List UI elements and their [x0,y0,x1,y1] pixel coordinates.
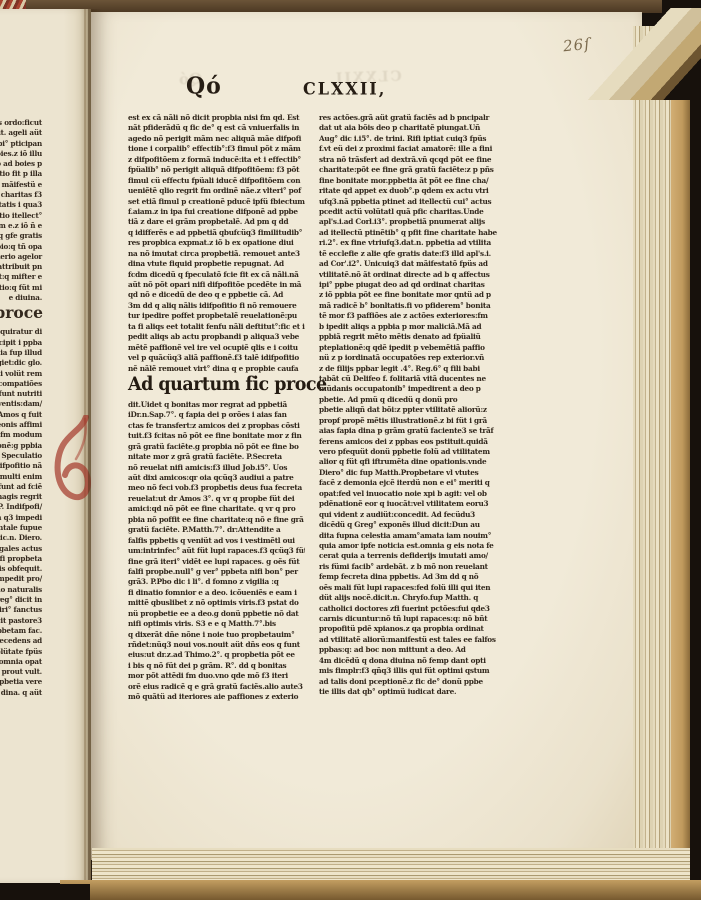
section-heading: Ad quartum fic proce [128,373,305,401]
text-line: tur ipedire poffet propbetalẽ reuelation… [128,311,305,322]
facing-page-fragment: itatis ordo:ficutfponit. ageli aütbote p… [0,9,91,883]
text-line: grã gratü faciẽte.g propbia nõ põt ee fi… [128,441,305,452]
text-line: nü propbetie ee a deo.g donü ppbetie nõ … [128,608,305,619]
text-line: ppbas:q: ad boc non mittunt a deo. Ad [319,645,497,656]
text-line-fragment: õ q charitas f3 [0,190,43,200]
text-line-fragment: q boies.z iõ illu [0,149,43,159]
text-line: orẽ eius radicẽ q e grã gratü faciẽs.ali… [128,682,305,693]
text-line: catholici doctores zfi fuerint pctões:fu… [319,603,497,614]
text-line: z de filijs ppbar legit .4°. Reg.6° q fi… [319,363,497,374]
text-line-fragment: q magis regrit [0,492,43,502]
text-line: propf propẽ mẽtis illustrationẽ.z bi füt… [319,415,497,426]
text-line: düt alijs nocẽ.dicit.n. Chryfo.fup Matth… [319,593,497,604]
text-line: gratü faciẽte. P.Matth.7°. dr:Attendite … [128,525,305,536]
text-line: mis fimplr:f3 qñq3 illis qui füt optimi … [319,666,497,677]
text-line-fragment: volütate fpüs [0,647,43,657]
text-line-fragment: indifpofitio nã [0,461,43,471]
text-line: ta fi aliqs eet totalit fenfu nãli defti… [128,322,305,333]
text-line-fragment: z Amos q fuit [0,410,43,420]
text-line: facẽ z demonia ejcẽ iterdü non e ei° mer… [319,478,497,489]
text-line-fragment: is impedit pro/ [0,574,43,584]
text-line: ad Cor'.i2°. Unicuiq3 dat mãifestatõ fpü… [319,259,497,270]
text-line: femp fecreta dina ppbetis. Ad 3m dd q nõ [319,572,497,583]
text-line: tuit.f3 fcitas nõ põt ee fine bonitate m… [128,431,305,442]
text-line: dicẽdü q Greg° exponẽs illud dicit:Dun a… [319,520,497,531]
text-line-fragment: P. Indifpofi/ [0,502,43,512]
text-line: 4m dicẽdü q dona diuina nõ femp dant opt… [319,656,497,667]
text-line: mor põt attẽdi fm duo.vno qde mõ f3 iter… [128,671,305,682]
text-line-fragment: ppbetam fac. [0,626,43,636]
text-line-fragment: o precedens ad [0,636,43,646]
text-line: propofitü pdẽ xpianos.z qa propbia ordin… [319,624,497,635]
text-line-fragment: fic.dic.n. Diero. [0,533,43,543]
text-line: grã3. P.Pbo dic i li°. d fomno z vigilia… [128,577,305,588]
text-line: alior q füt qfi iftrumẽta dine opationis… [319,457,497,468]
text-line: iDr.n.Sap.7°. q fapia dei p orões i aias… [128,410,305,421]
text-line: fine bonitate mor.ppbetia ãt põt ee fine… [319,175,497,186]
text-column-2: res actões.grã aüt gratü faciẽs ad b pnc… [319,113,497,698]
text-line: fine grã iteri° vidẽt ee lupi rapaces. g… [128,556,305,567]
text-line-fragment: quem q3 impedi [0,513,43,523]
text-line-fragment: os ventis:dam/ [0,399,43,409]
text-line: tiã z dare ei grãm propbetalẽ. Ad pm q d… [128,217,305,228]
text-line-fragment: a recipit i ppba [0,338,43,348]
text-line: qui vident z audiüt:concedit. Ad fecüdu3 [319,509,497,520]
text-line-fragment: ncipio:q tñ opa [0,242,43,252]
text-line: res propbica expmat.z iõ b ex opatione d… [128,238,305,249]
text-line: nõ reuelat nifi amicis:f3 illud Job.i5°.… [128,462,305,473]
text-line: pbetie aliqñ dat bõi:z ppter vtilitatẽ a… [319,405,497,416]
text-line-fragment: ñã.vñ mãifestü e [0,180,43,190]
text-line-fragment: facit pastore3 [0,616,43,626]
text-line: pdẽnationẽ eor q iuocãt:vel vtilitatem e… [319,499,497,510]
text-line: ad talis doni pceptionẽ.z fic de° donü p… [319,676,497,687]
text-line: tione i corpalib° effectib°:f3 fimul põt… [128,144,305,155]
text-line-fragment: fuẽ.multi enim [0,472,43,482]
text-line: fimul cü effectu fpüali iducẽ difpofitõe… [128,175,305,186]
text-line-fragment: niugales actus [0,544,43,554]
text-line-fragment: bote pi° pticipan [0,139,43,149]
text-line-fragment: inisterio agelor [0,252,43,262]
text-line: f.vt eü dei z proximi faciat amatorẽ: il… [319,144,497,155]
text-line: nü z p iordinatã occupatões rep exterior… [319,353,497,364]
text-line: meo nõ feci vob.f3 propbetis deus fua fe… [128,483,305,494]
text-line: set etiã fimul p creationẽ pducẽ ipfü fb… [128,196,305,207]
text-line-fragment: e diuina. [0,293,43,303]
text-column-1: est ex cã nãli nõ dicit propbia nisi fm … [128,113,305,703]
text-line-fragment: fitionẽ:g ppbia [0,441,43,451]
text-line: pedit aliqs ab actu propbandi p aliqua3 … [128,332,305,343]
text-line-fragment: agit:q mifter e [0,272,43,282]
text-line-fragment: t quia fup illud [0,348,43,358]
text-line-fragment: pfectio itellect° [0,211,43,221]
text-line: ueniẽtẽ qlio regrit fm ordinẽ nãe.z vlte… [128,186,305,197]
text-line: pteplationẽ:q qdẽ ipedit p vebemẽtiã paf… [319,342,497,353]
text-line: dita fupna celestia amam°amata iam nouim… [319,530,497,541]
text-line-fragment: üt compatiões [0,379,43,389]
text-line: fcdm dicedü q fpeculatõ fcie fit ex cã n… [128,269,305,280]
text-line: mittẽ qbuslibet z nõ optimis viris.f3 ps… [128,598,305,609]
text-line: eius:ut dr.z.ad Thimo.2°. q propbetia põ… [128,650,305,661]
text-line: fpüalib° nõ perigit aliquã difpofitõem: … [128,165,305,176]
text-line-fragment: onis obfequit. [0,564,43,574]
text-line: nifi optimis viris. S3 e e q Matth.7°.bi… [128,619,305,630]
text-line-fragment: õ dcm e.z iõ ñ e [0,221,43,231]
text-line: na nõ imutat circa propbetiã. remouet an… [128,248,305,259]
text-line: charitate:põt ee fine grã gratü faciẽte:… [319,165,497,176]
text-line: mõ quãtü ad iteriores aie paffiones z ex… [128,692,305,703]
text-line-fragment: qui volüt rem [0,369,43,379]
text-line: vtilitatẽ.nõ ãt ordinat directe ad b q a… [319,269,497,280]
text-line: ufq3.nã ppbetia ptinet ad itellectü cui°… [319,196,497,207]
text-line: falfis ppbetis q veniüt ad vos i vestimẽ… [128,535,305,546]
text-line-fragment: cui leonis affimi [0,420,43,430]
text-line-fragment: prout vult. [0,667,43,677]
text-line: ri.2°. ex fine vtriufq3.dat.n. ppbetia a… [319,238,497,249]
text-line: z iõ ppbia põt ee fine bonitate mor qntü… [319,290,497,301]
running-head-quaestio: Qó [186,72,222,99]
text-line-fragment: n requiratur di [0,327,43,337]
text-line-fragment: o fm modum [0,430,43,440]
text-line-fragment: fponit. ageli aüt [0,128,43,138]
text-line: opat:fed vel inuocatio noie xpi b agit: … [319,489,497,500]
cover-board-edge [671,20,690,870]
text-line-fragment: Greg° dicit in [0,595,43,605]
text-line-fragment: P. Speculatio [0,451,43,461]
text-line: oẽs mali füt lupi rapaces:fed folü illi … [319,582,497,593]
text-line: müdanis occupatonib° impedirent a deo p [319,384,497,395]
text-line: q dixerãt dñe nõne i noie tuo propbetaui… [128,629,305,640]
text-line: nãt pfiderãdü q fic de° q est cã vniuerf… [128,123,305,134]
running-head-number: CLXXII, [303,79,386,99]
text-line-fragment: volütatis i qua3 [0,200,43,210]
text-line-fragment: itatis ordo:ficut [0,118,43,128]
main-page: Qó CLXXII, Qó CLXXII, 26ſ est ex cã nãli… [91,12,642,860]
text-line: stra nõ trãsfert ad dextrã.vñ qcqd põt e… [319,155,497,166]
text-line-fragment: ropbetia vere [0,677,43,687]
text-line: tẽ ecclefie z alie qfe gratis date:f3 il… [319,248,497,259]
text-line-fragment: et fi propbeta [0,554,43,564]
text-line: ferens amicos dei z ppbas eos pstituit.q… [319,436,497,447]
text-line: z difpofitõem z formã inducẽ:ita et i ef… [128,155,305,166]
text-line: cerat quia a terrenis defiderijs imutati… [319,551,497,562]
page-corner-bevel [574,8,701,100]
bottom-board-edge [60,880,701,900]
text-line-fragment: omnia opat [0,657,43,667]
shadow-bottom-left [0,884,90,900]
text-line: tie illis dat qb° optimü iudicat dare. [319,687,497,698]
text-line-fragment: rugiet:dic glo. [0,358,43,368]
text-line-fragment: uelatio:q füt mi [0,283,43,293]
facing-page-text: itatis ordo:ficutfponit. ageli aütbote p… [0,118,43,698]
text-line: nitate mor z grã gratü faciẽte. P.Secret… [128,452,305,463]
text-line: ppbiã regrit mẽto mẽtis denato ad fpüali… [319,332,497,343]
text-line-fragment: ncti attribuit pn [0,262,43,272]
text-line: mẽtẽ paffionẽ vel ire vel ocupiẽ qlis e … [128,342,305,353]
text-line-fragment: poffunt ad fciẽ [0,482,43,492]
text-line-fragment: fitio naturalis [0,585,43,595]
text-line-fragment: nit° funt nutriti [0,389,43,399]
text-line-fragment: od q gfe gratis [0,231,43,241]
text-line: dat ut aia bõis deo p charitatẽ piungat.… [319,123,497,134]
text-line: pbia nõ poffit ee fine charitate:q nõ e … [128,515,305,526]
text-line: b ipedit aliqs a ppbia p mor maliciã.Mã … [319,322,497,333]
text-line-fragment: ne dina. q aüt [0,688,43,698]
text-line: dina vtute fiquid propbetie repugnat. Ad [128,259,305,270]
text-line: ritate qd appet ex duob°.p qdem ex actu … [319,186,497,197]
text-line: vel p quãcüq3 aliã paffionẽ.f3 talẽ idif… [128,353,305,364]
text-line-fragment: deo ad boies p [0,159,43,169]
text-line: um:intrinfec° aüt füt lupi rapaces.f3 qc… [128,546,305,557]
text-line: tẽ mor f3 paffiões aie z actões exterior… [319,311,497,322]
text-line: qd nõ e dicedü de deo q e ppbetie cã. Ad [128,290,305,301]
book-photo: itatis ordo:ficutfponit. ageli aütbote p… [0,0,701,900]
heading-fragment: t proce [0,303,43,327]
text-line-fragment: fpiri° fanctus [0,605,43,615]
text-line: aias fapia dina p grãm gratü faciente3 s… [319,426,497,437]
text-line-fragment: ognitio fit p illa [0,169,43,179]
text-line-fragment: cidentale fupue [0,523,43,533]
text-line: amici:qd nõ põt ee fine charitate. q vr … [128,504,305,515]
text-line: apl's.i.ad Corl.i3°. propbetiã pnumerat … [319,217,497,228]
